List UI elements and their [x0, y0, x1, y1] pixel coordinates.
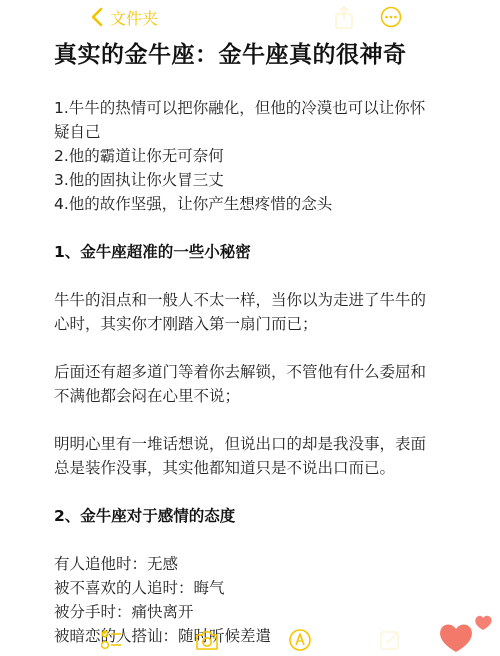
- compose-icon[interactable]: [378, 628, 402, 652]
- paragraph-line: 牛牛的泪点和一般人不太一样，当你以为走进了牛牛的: [54, 288, 454, 312]
- paragraph-line: 心时，其实你才刚踏入第一扇门而已；: [54, 312, 454, 336]
- navigation-bar: 文件夹: [0, 0, 500, 34]
- back-button[interactable]: 文件夹: [90, 4, 158, 30]
- intro-line: 2.他的霸道让你无可奈何: [54, 144, 454, 168]
- camera-icon[interactable]: [194, 628, 220, 652]
- back-label: 文件夹: [110, 6, 158, 29]
- intro-line: 4.他的故作坚强，让你产生想疼惜的念头: [54, 192, 454, 216]
- paragraph-line: 不满他都会闷在心里不说；: [54, 384, 454, 408]
- section-heading: 1、金牛座超准的一些小秘密: [54, 240, 454, 264]
- share-icon[interactable]: [333, 5, 355, 29]
- bottom-toolbar: [0, 622, 500, 656]
- intro-line: 3.他的固执让你火冒三丈: [54, 168, 454, 192]
- section-heading: 2、金牛座对于感情的态度: [54, 504, 454, 528]
- checklist-icon[interactable]: [100, 628, 124, 652]
- paragraph-line: 总是装作没事，其实他都知道只是不说出口而已。: [54, 456, 454, 480]
- chevron-left-icon: [90, 7, 104, 27]
- intro-line: 1.牛牛的热情可以把你融化，但他的冷漠也可以让你怀: [54, 96, 454, 120]
- attitude-line: 有人追他时：无感: [54, 552, 454, 576]
- intro-line: 疑自己: [54, 120, 454, 144]
- paragraph-line: 明明心里有一堆话想说，但说出口的却是我没事，表面: [54, 432, 454, 456]
- hearts-icon: [436, 612, 500, 656]
- attitude-line: 被分手时：痛快离开: [54, 600, 454, 624]
- intro-list: 1.牛牛的热情可以把你融化，但他的冷漠也可以让你怀 疑自己 2.他的霸道让你无可…: [54, 96, 454, 216]
- note-body[interactable]: 真实的金牛座：金牛座真的很神奇 1.牛牛的热情可以把你融化，但他的冷漠也可以让你…: [54, 36, 454, 648]
- markup-pen-icon[interactable]: [288, 628, 312, 652]
- more-circle-icon[interactable]: [380, 6, 402, 28]
- paragraph-line: 后面还有超多道门等着你去解锁，不管他有什么委屈和: [54, 360, 454, 384]
- note-title: 真实的金牛座：金牛座真的很神奇: [54, 36, 454, 74]
- attitude-line: 被不喜欢的人追时：晦气: [54, 576, 454, 600]
